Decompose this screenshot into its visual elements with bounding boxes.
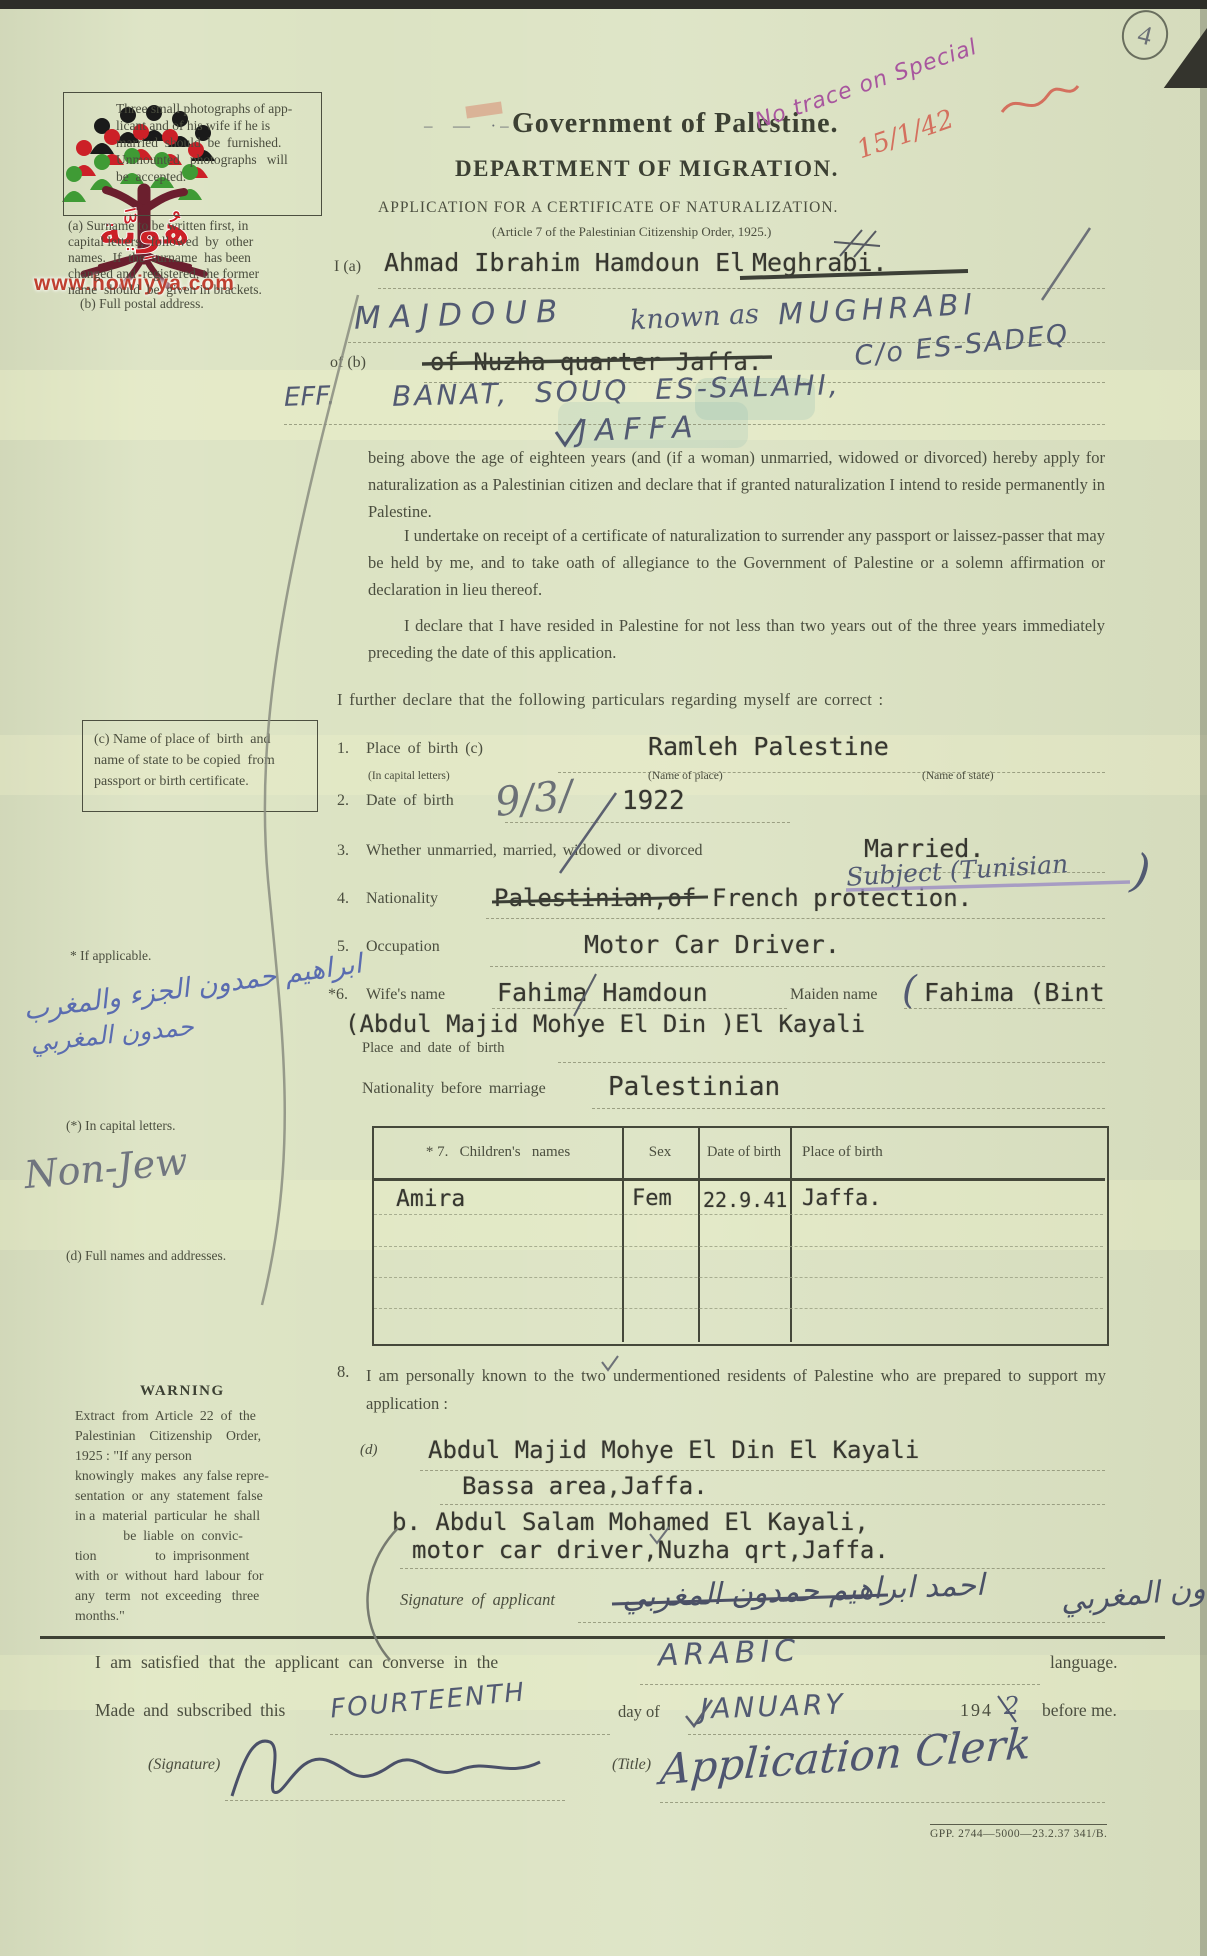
page-number-circle: 4 — [1117, 5, 1174, 65]
item4-value: French protection. — [712, 884, 972, 912]
pencil-dashes: – — ·– — [424, 116, 513, 136]
warning-line-8: tion to imprisonment — [75, 1548, 249, 1564]
margin-note-c-line-3: passport or birth certificate. — [94, 774, 249, 790]
witness1-address: Bassa area,Jaffa. — [462, 1472, 708, 1500]
warning-line-4: knowingly makes any false repre- — [75, 1468, 269, 1484]
witness1-name: Abdul Majid Mohye El Din El Kayali — [428, 1436, 919, 1464]
item5-value: Motor Car Driver. — [584, 930, 840, 959]
applicant-name-struck: Meghrabi. — [752, 248, 887, 277]
margin-note-c-line-1: (c) Name of place of birth and — [94, 732, 270, 748]
warning-line-9: with or without hard labour for — [75, 1568, 264, 1584]
big-paren-close: ) — [1128, 843, 1153, 899]
satisfied-prefix: I am satisfied that the applicant can co… — [95, 1652, 498, 1673]
pencil-paren-signature — [367, 1528, 398, 1660]
item3-number: 3. — [337, 842, 349, 860]
item2-label: Date of birth — [366, 792, 454, 810]
item2-underline — [505, 822, 790, 823]
item6-pob-underline — [558, 1062, 1105, 1063]
item1-caption-place: (Name of place) — [648, 770, 723, 782]
item6-maiden-label: Maiden name — [790, 986, 878, 1004]
year-printed: 194 — [960, 1700, 993, 1721]
item5-label: Occupation — [366, 938, 440, 956]
month-value: JANUARY — [699, 1687, 846, 1725]
scan-edge-right — [1200, 0, 1207, 1956]
further-declare-line: I further declare that the following par… — [337, 690, 883, 710]
warning-line-11: months." — [75, 1608, 125, 1624]
warning-line-5: sentation or any statement false — [75, 1488, 263, 1504]
witness1-address-underline — [440, 1504, 1105, 1505]
item6-wife-underline — [492, 1008, 787, 1009]
margin-note-capitals: (*) In capital letters. — [66, 1118, 175, 1134]
table-row-line-4 — [374, 1308, 1103, 1309]
table-row-child-name: Amira — [396, 1186, 465, 1212]
table-row-child-dob: 22.9.41 — [703, 1188, 787, 1212]
item6-nationality-value: Palestinian — [608, 1072, 780, 1102]
big-paren-open: ( — [902, 968, 917, 1012]
application-title: APPLICATION FOR A CERTIFICATE OF NATURAL… — [378, 199, 838, 217]
item1-underline — [558, 772, 1105, 773]
table-header-sex: Sex — [626, 1144, 694, 1161]
section8-number: 8. — [337, 1362, 349, 1382]
paragraph-declaration-2: I undertake on receipt of a certificate … — [368, 522, 1105, 603]
table-row-line-1 — [374, 1214, 1103, 1215]
made-prefix: Made and subscribed this — [95, 1700, 285, 1721]
table-header-children: * 7. Children's names — [382, 1144, 614, 1161]
item6-nationality-underline — [592, 1108, 1105, 1109]
table-header-dob: Date of birth — [698, 1144, 790, 1161]
name-underline — [378, 288, 1105, 289]
applicant-arabic-signature-right: احمد ابراهيم حمدون المغربي — [1059, 1552, 1207, 1618]
item2-number: 2. — [337, 792, 349, 810]
pencil-slash-article — [1042, 228, 1090, 300]
signature-line-underline — [225, 1800, 565, 1801]
title-label: (Title) — [612, 1756, 651, 1774]
scan-edge-top — [0, 0, 1207, 9]
scanned-document-page: 4 – — ·– Government of Palestine. No tra… — [0, 0, 1207, 1956]
warning-line-1: Extract from Article 22 of the — [75, 1408, 256, 1424]
witness2-underline — [400, 1568, 1105, 1569]
applicant-name-typed: Ahmad Ibrahim Hamdoun El — [384, 248, 745, 277]
day-value: FOURTEENTH — [329, 1678, 527, 1725]
day-underline — [330, 1734, 610, 1735]
table-header-place: Place of birth — [802, 1144, 883, 1161]
item1-number: 1. — [337, 740, 349, 758]
print-imprint: GPP. 2744—5000—23.2.37 341/B. — [930, 1824, 1107, 1840]
item1-value: Ramleh Palestine — [648, 732, 889, 761]
handwritten-red-date: 15/1/42 — [853, 104, 958, 165]
item4-underline — [486, 918, 1105, 919]
item6-wife-name: Fahima Hamdoun — [497, 978, 708, 1007]
margin-note-a-line-4: changed and registered, the former — [68, 266, 259, 282]
warning-line-6: in a material particular he shall — [75, 1508, 260, 1524]
item4-number: 4. — [337, 890, 349, 908]
margin-note-a-line-3: names. If the surname has been — [68, 250, 251, 266]
margin-handwritten-non-jew: Non-Jew — [22, 1139, 189, 1197]
photo-note-line-5: be accepted. — [116, 169, 186, 185]
item6-maiden-line2: (Abdul Majid Mohye El Din )El Kayali — [345, 1010, 865, 1038]
item6-pob-label: Place and date of birth — [362, 1040, 504, 1057]
section8-intro: I am personally known to the two underme… — [366, 1362, 1106, 1418]
language-underline — [640, 1684, 1040, 1685]
signature-label: (Signature) — [148, 1756, 220, 1774]
item6-label: Wife's name — [366, 986, 445, 1004]
year-handwritten: 2 — [1004, 1692, 1019, 1720]
warning-line-10: any term not exceeding three — [75, 1588, 259, 1604]
item3-label: Whether unmarried, married, widowed or d… — [366, 842, 703, 860]
witness1-label: (d) — [360, 1442, 378, 1459]
witness1-underline — [420, 1470, 1105, 1471]
section-divider-rule — [40, 1636, 1165, 1639]
photo-note-line-3: married should be furnished. — [116, 135, 281, 151]
article-subtitle: (Article 7 of the Palestinian Citizenshi… — [492, 224, 771, 240]
signature-underline — [578, 1622, 1105, 1623]
title-line-underline — [660, 1802, 1105, 1803]
photo-note-line-2: licant and of his wife if he is — [116, 118, 270, 134]
page-number: 4 — [1135, 18, 1156, 51]
red-initials-squiggle — [1002, 86, 1078, 112]
item6-nationality-label: Nationality before marriage — [362, 1080, 546, 1098]
margin-note-b: (b) Full postal address. — [80, 296, 204, 312]
margin-note-a-line-1: (a) Surname to be written first, in — [68, 218, 248, 234]
paragraph-declaration-1: being above the age of eighteen years (a… — [368, 444, 1105, 525]
item6-number: *6. — [328, 986, 348, 1004]
signature-of-applicant-label: Signature of applicant — [400, 1590, 555, 1610]
margin-note-a-line-2: capital letters, followed by other — [68, 234, 253, 250]
item6-maiden-underline — [904, 1008, 1105, 1009]
table-row-line-2 — [374, 1246, 1103, 1247]
item2-handwritten-date: 9/3/ — [493, 772, 575, 826]
item2-value: 1922 — [622, 786, 685, 816]
paragraph-declaration-3: I declare that I have resided in Palesti… — [368, 612, 1105, 666]
item1-caption-capitals: (In capital letters) — [368, 770, 450, 782]
item5-underline — [490, 966, 1105, 967]
field-label-ia: I (a) — [334, 258, 361, 276]
photo-note-line-4: Unmounted photographs will — [116, 152, 288, 168]
field-label-ofb: of (b) — [330, 354, 366, 372]
handwritten-co-es-sadeq: C/o ES-SADEQ — [853, 319, 1071, 372]
warning-title: WARNING — [140, 1383, 225, 1400]
warning-line-3: 1925 : "If any person — [75, 1448, 192, 1464]
clerk-signature-squiggle — [232, 1741, 540, 1796]
department-title: DEPARTMENT OF MIGRATION. — [455, 156, 839, 182]
item1-label: Place of birth (c) — [366, 740, 483, 758]
item4-label: Nationality — [366, 890, 438, 908]
witness2-name: b. Abdul Salam Mohamed El Kayali, — [392, 1508, 869, 1536]
table-header-separator — [372, 1178, 1105, 1181]
title-value: Application Clerk — [659, 1719, 1033, 1794]
satisfied-suffix: language. — [1050, 1652, 1118, 1673]
day-of-label: day of — [618, 1702, 660, 1722]
handwritten-majdoub: MAJDOUB — [353, 293, 566, 336]
table-row-child-place: Jaffa. — [802, 1186, 881, 1211]
before-me-label: before me. — [1042, 1700, 1117, 1721]
item1-caption-state: (Name of state) — [922, 770, 994, 782]
table-divider-1 — [622, 1126, 624, 1342]
item4-struck-value: Palestinian,of — [494, 884, 696, 912]
photo-note-line-1: Three small photographs of app- — [116, 101, 292, 117]
margin-note-d: (d) Full names and addresses. — [66, 1248, 226, 1264]
margin-note-c-line-2: name of state to be copied from — [94, 753, 275, 769]
warning-line-2: Palestinian Citizenship Order, — [75, 1428, 261, 1444]
margin-note-if-applicable: * If applicable. — [70, 948, 151, 964]
warning-line-7: be liable on convic- — [75, 1528, 243, 1544]
witness2-details: motor car driver,Nuzha qrt,Jaffa. — [412, 1536, 889, 1564]
table-divider-3 — [790, 1126, 792, 1342]
language-value: ARABIC — [657, 1634, 800, 1674]
table-row-child-sex: Fem — [632, 1186, 672, 1211]
table-row-line-3 — [374, 1277, 1103, 1278]
handwritten-mughrabi: MUGHRABI — [777, 287, 977, 331]
handwritten-eff: EFF. — [283, 381, 335, 413]
handwritten-known-as: known as — [629, 299, 759, 337]
item6-maiden-value: Fahima (Bint — [924, 978, 1105, 1007]
applicant-arabic-signature: احمد ابراهيم حمدون المغربي — [621, 1568, 984, 1616]
